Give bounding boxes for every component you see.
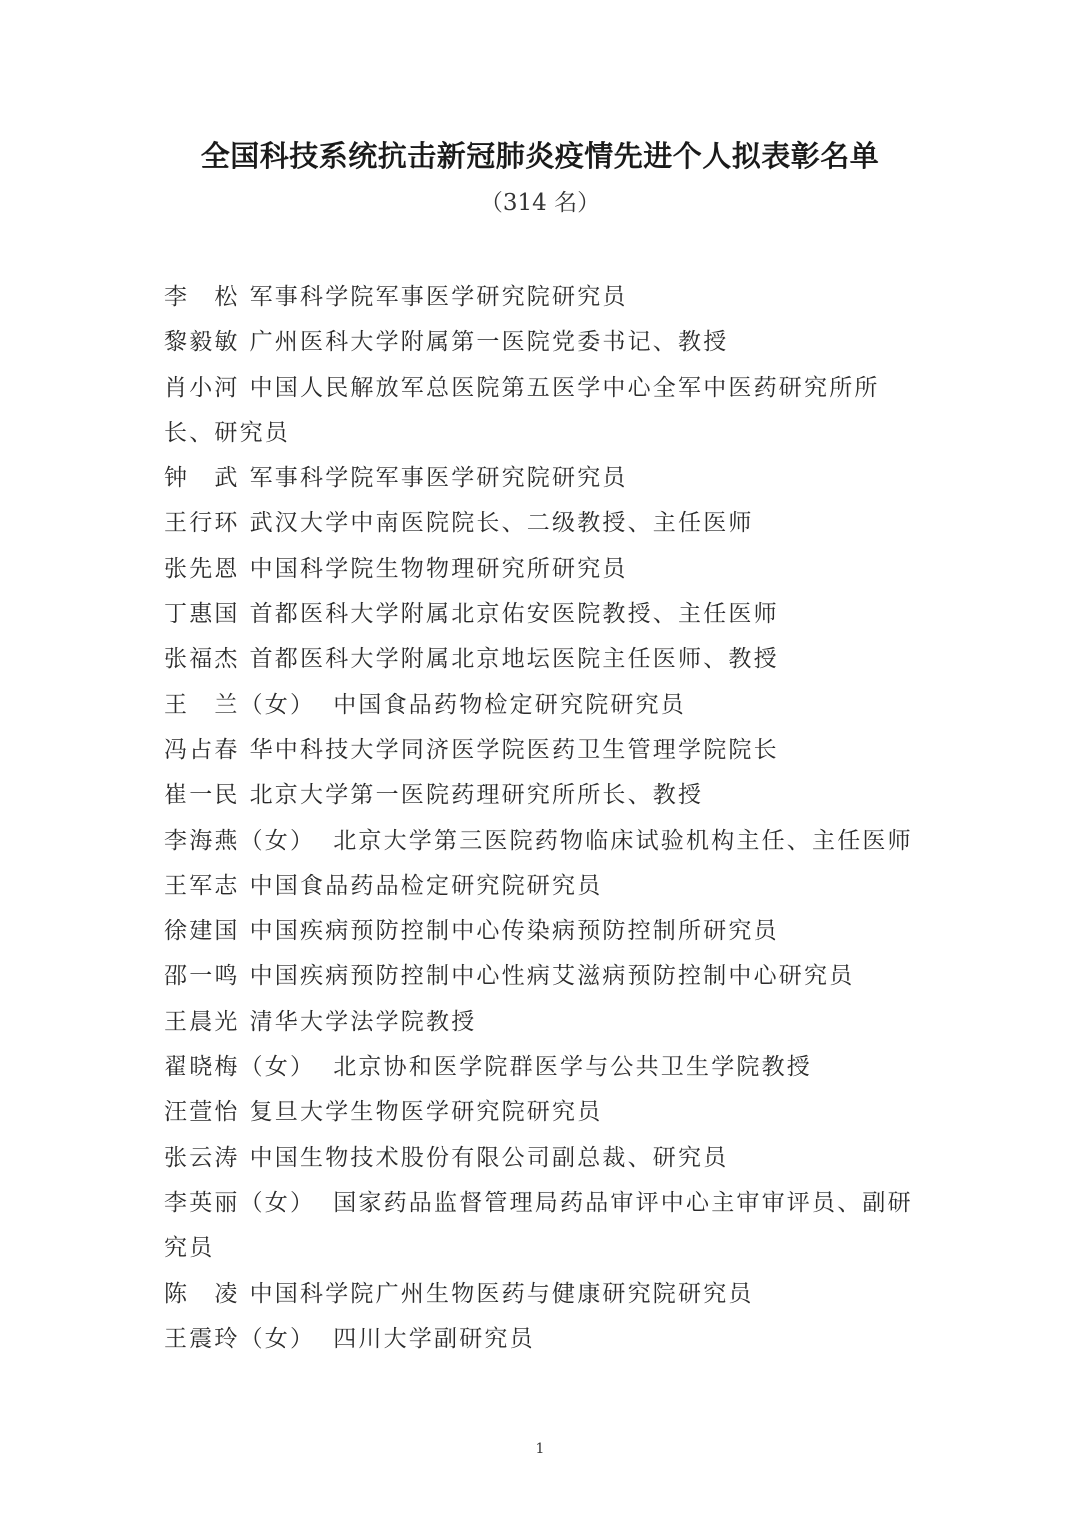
honoree-name: 邵一鸣 [164, 963, 240, 989]
honoree-description: 武汉大学中南医院院长、二级教授、主任医师 [250, 510, 754, 536]
honoree-description: 中国生物技术股份有限公司副总裁、研究员 [250, 1145, 729, 1171]
honoree-name: 李海燕（女） [164, 828, 315, 854]
honoree-name: 王震玲（女） [164, 1326, 315, 1352]
honoree-description: 清华大学法学院教授 [250, 1009, 477, 1035]
list-item: 黎毅敏广州医科大学附属第一医院党委书记、教授 [164, 320, 924, 365]
document-title: 全国科技系统抗击新冠肺炎疫情先进个人拟表彰名单 [0, 136, 1080, 176]
list-item: 张先恩中国科学院生物物理研究所研究员 [164, 547, 924, 592]
honoree-description: 中国疾病预防控制中心传染病预防控制所研究员 [250, 918, 779, 944]
honoree-name: 汪萱怡 [164, 1099, 240, 1125]
honoree-description: 广州医科大学附属第一医院党委书记、教授 [250, 329, 729, 355]
honoree-name: 张福杰 [164, 646, 240, 672]
list-item: 王晨光清华大学法学院教授 [164, 1000, 924, 1045]
honoree-name: 王行环 [164, 510, 240, 536]
list-item: 钟 武军事科学院军事医学研究院研究员 [164, 456, 924, 501]
list-item: 王军志中国食品药品检定研究院研究员 [164, 864, 924, 909]
honoree-description: 四川大学副研究员 [333, 1326, 535, 1352]
honoree-description: 首都医科大学附属北京佑安医院教授、主任医师 [250, 601, 779, 627]
honoree-name: 肖小河 [164, 375, 240, 401]
honoree-description: 北京大学第三医院药物临床试验机构主任、主任医师 [333, 828, 913, 854]
honoree-name: 王晨光 [164, 1009, 240, 1035]
honoree-description: 北京大学第一医院药理研究所所长、教授 [250, 782, 704, 808]
honoree-description: 军事科学院军事医学研究院研究员 [250, 465, 628, 491]
list-item: 李英丽（女）国家药品监督管理局药品审评中心主审审评员、副研究员 [164, 1181, 924, 1272]
list-item: 王行环武汉大学中南医院院长、二级教授、主任医师 [164, 501, 924, 546]
honoree-description: 中国食品药物检定研究院研究员 [333, 692, 686, 718]
honoree-name: 崔一民 [164, 782, 240, 808]
list-item: 张福杰首都医科大学附属北京地坛医院主任医师、教授 [164, 637, 924, 682]
list-item: 翟晓梅（女）北京协和医学院群医学与公共卫生学院教授 [164, 1045, 924, 1090]
honoree-name: 陈 凌 [164, 1281, 240, 1307]
honoree-description: 中国疾病预防控制中心性病艾滋病预防控制中心研究员 [250, 963, 855, 989]
list-item: 王震玲（女）四川大学副研究员 [164, 1317, 924, 1362]
list-item: 冯占春华中科技大学同济医学院医药卫生管理学院院长 [164, 728, 924, 773]
honoree-description: 中国科学院生物物理研究所研究员 [250, 556, 628, 582]
honoree-description: 中国科学院广州生物医药与健康研究院研究员 [250, 1281, 754, 1307]
list-item: 徐建国中国疾病预防控制中心传染病预防控制所研究员 [164, 909, 924, 954]
honoree-description: 中国食品药品检定研究院研究员 [250, 873, 603, 899]
honoree-name: 徐建国 [164, 918, 240, 944]
honoree-name: 黎毅敏 [164, 329, 240, 355]
list-item: 张云涛中国生物技术股份有限公司副总裁、研究员 [164, 1136, 924, 1181]
list-item: 李 松军事科学院军事医学研究院研究员 [164, 275, 924, 320]
honoree-name: 张云涛 [164, 1145, 240, 1171]
honoree-name: 翟晓梅（女） [164, 1054, 315, 1080]
honoree-description: 军事科学院军事医学研究院研究员 [250, 284, 628, 310]
honoree-name: 丁惠国 [164, 601, 240, 627]
honoree-description: 复旦大学生物医学研究院研究员 [250, 1099, 603, 1125]
list-item: 邵一鸣中国疾病预防控制中心性病艾滋病预防控制中心研究员 [164, 954, 924, 999]
page-number: 1 [0, 1441, 1080, 1457]
list-item: 丁惠国首都医科大学附属北京佑安医院教授、主任医师 [164, 592, 924, 637]
honoree-description: 首都医科大学附属北京地坛医院主任医师、教授 [250, 646, 779, 672]
honoree-name: 冯占春 [164, 737, 240, 763]
honoree-name: 王 兰（女） [164, 692, 315, 718]
honoree-description: 北京协和医学院群医学与公共卫生学院教授 [333, 1054, 812, 1080]
honoree-description: 中国人民解放军总医院第五医学中心全军中医药研究所所长、研究员 [164, 375, 880, 446]
document-subtitle-count: （314 名） [0, 186, 1080, 220]
list-item: 王 兰（女）中国食品药物检定研究院研究员 [164, 683, 924, 728]
honoree-name: 李英丽（女） [164, 1190, 315, 1216]
list-item: 汪萱怡复旦大学生物医学研究院研究员 [164, 1090, 924, 1135]
honoree-name: 王军志 [164, 873, 240, 899]
list-item: 肖小河中国人民解放军总医院第五医学中心全军中医药研究所所长、研究员 [164, 366, 924, 457]
list-item: 李海燕（女）北京大学第三医院药物临床试验机构主任、主任医师 [164, 819, 924, 864]
honoree-description: 华中科技大学同济医学院医药卫生管理学院院长 [250, 737, 779, 763]
list-item: 崔一民北京大学第一医院药理研究所所长、教授 [164, 773, 924, 818]
honoree-name: 李 松 [164, 284, 240, 310]
list-item: 陈 凌中国科学院广州生物医药与健康研究院研究员 [164, 1272, 924, 1317]
honoree-name: 张先恩 [164, 556, 240, 582]
honoree-name: 钟 武 [164, 465, 240, 491]
honoree-list: 李 松军事科学院军事医学研究院研究员 黎毅敏广州医科大学附属第一医院党委书记、教… [164, 275, 924, 1362]
